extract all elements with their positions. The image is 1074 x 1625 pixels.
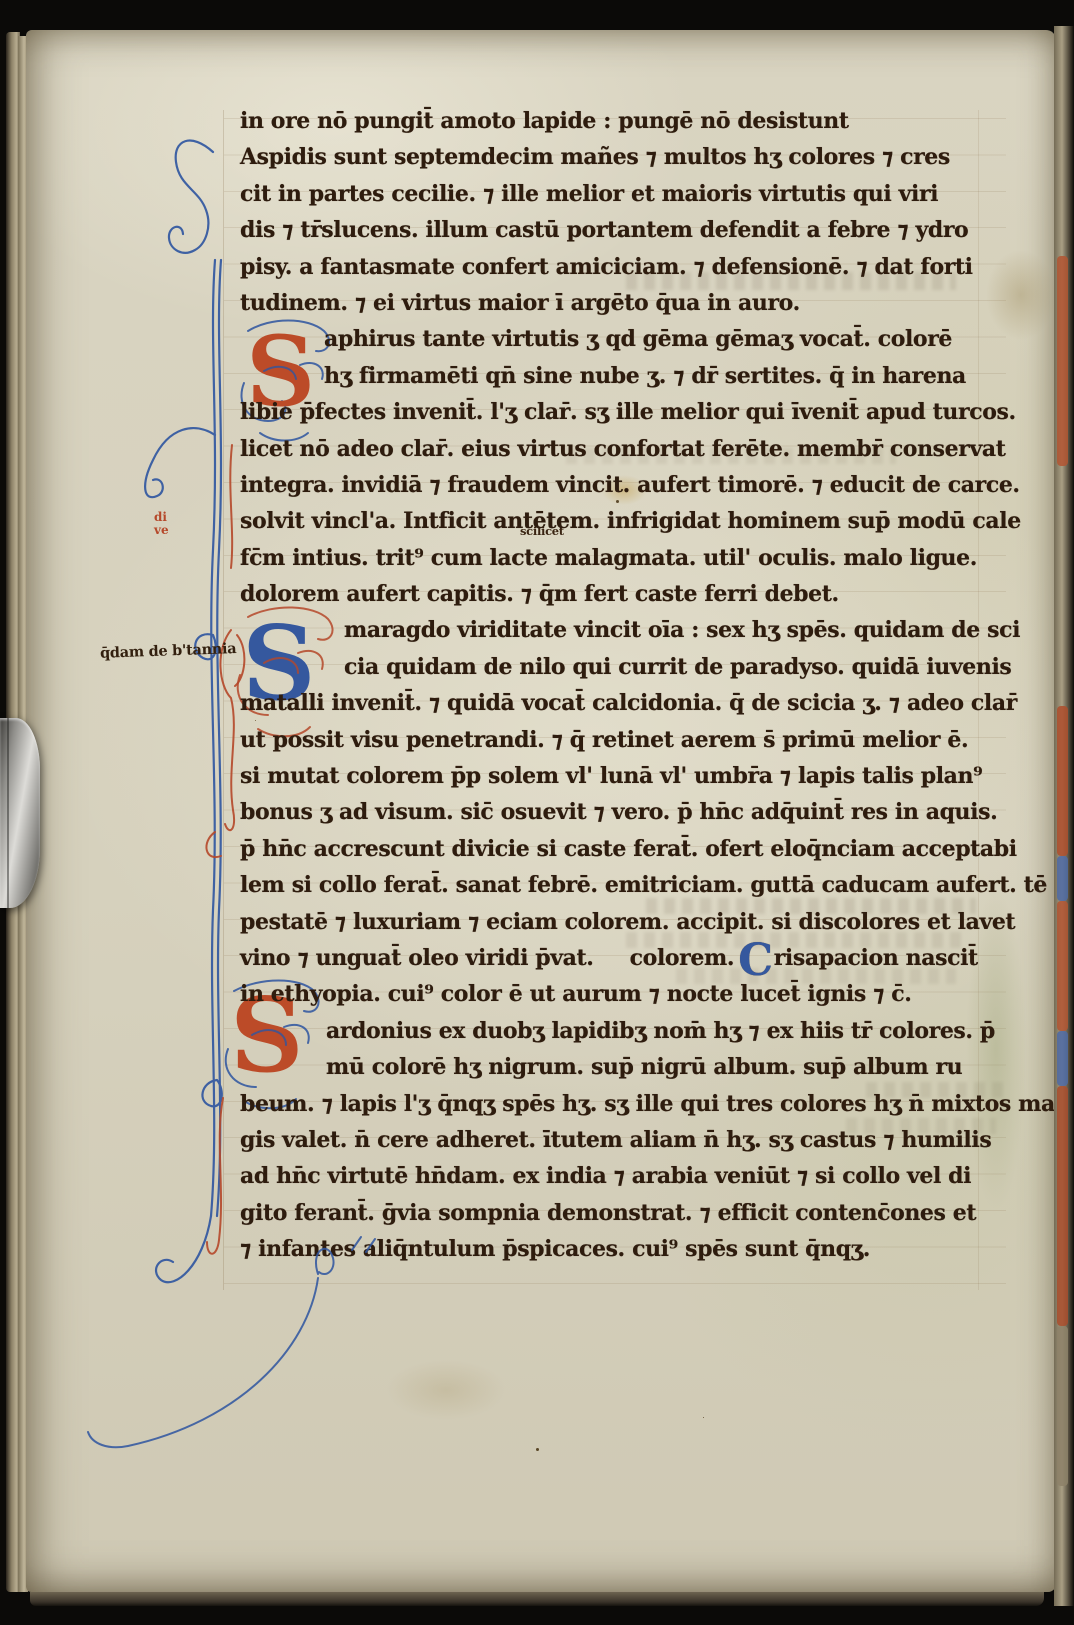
text-line: fc̄m intius. trit⁹ cum lacte malagmata. …	[240, 540, 1000, 576]
bottom-page-edge	[30, 1592, 1044, 1606]
text-segment: risapacion nascit̄	[774, 945, 978, 971]
text-line: pestatē ⁊ luxuriam ⁊ eciam colorem. acc…	[240, 904, 1000, 940]
fore-edge-red	[1057, 256, 1068, 466]
fore-edge-blue	[1057, 856, 1068, 901]
text-line: Aspidis sunt septemdecim mañes ⁊ multos…	[240, 139, 1000, 175]
text-line: dolorem aufert capitis. ⁊ q̄m fert caste…	[240, 576, 1000, 612]
text-line: mū colorē hʒ nigrum. sup̄ nigrū album…	[240, 1049, 1000, 1085]
text-line: integra. invidiā ⁊ fraudem vincit. aufe…	[240, 467, 1000, 503]
text-line: in ethyopia. cui⁹ color ē ut aurum ⁊ no…	[240, 976, 1000, 1012]
penwork-flourish-left	[131, 130, 256, 1340]
fore-edge-parchment	[1057, 1326, 1068, 1486]
fore-edge-red	[1057, 901, 1068, 1031]
penwork-flourish-bottom	[66, 1230, 426, 1480]
text-line: in ore nō pungit̄ amoto lapide : pungē…	[240, 103, 1000, 139]
text-line: p̄ hn̄c accrescunt divicie si caste fera…	[240, 831, 1000, 867]
text-line: bonus ʒ ad visum. sic̄ osuevit ⁊ vero. p…	[240, 794, 1000, 830]
text-line: cia quidam de nilo qui currit de paradys…	[240, 649, 1000, 685]
metal-clamp	[0, 718, 40, 908]
fore-edge-red	[1057, 1086, 1068, 1326]
text-line: libie p̄fectes invenit̄. l'ʒ clar̄. sʒ i…	[240, 394, 1000, 430]
text-line: dis ⁊ tr̄slucens. illum castū portantem…	[240, 212, 1000, 248]
fore-edge-pages	[1054, 26, 1074, 1606]
text-line: ut possit visu penetrandi. ⁊ q̄ retinet …	[240, 722, 1000, 758]
text-line: aphirus tante virtutis ʒ qd gēma gēmaʒ…	[240, 321, 1000, 357]
text-line: hʒ firmamēti qn̄ sine nube ʒ. ⁊ dr̄ ser…	[240, 358, 1000, 394]
text-line-with-initial: vino ⁊ unguat̄ oleo viridi p̄vat. colore…	[240, 940, 1000, 976]
text-block: scilicet S	[240, 103, 1000, 1283]
text-line: maragdo viriditate vincit oīa : sex hʒ …	[240, 612, 1000, 648]
text-line: matalli invenit̄. ⁊ quidā vocat̄ calcid…	[240, 685, 1000, 721]
text-line: gito ferant̄. ḡvia sompnia demonstrat. …	[240, 1195, 1000, 1231]
text-line: licet nō adeo clar̄. eius virtus confor…	[240, 431, 1000, 467]
text-segment: vino ⁊ unguat̄ oleo viridi p̄vat. colore…	[240, 945, 734, 971]
text-line: si mutat colorem p̄p solem vl' lunā vl'…	[240, 758, 1000, 794]
text-line: cit in partes cecilie. ⁊ ille melior et …	[240, 176, 1000, 212]
guide-letters: di ve	[154, 511, 169, 537]
guide-letter-bottom: ve	[154, 524, 169, 537]
text-line: gis valet. n̄ cere adheret. ītutem alia…	[240, 1122, 1000, 1158]
fore-edge-red	[1057, 706, 1068, 856]
manuscript-photo: q̄dam de b'tannia di ve scilicet S	[0, 0, 1074, 1625]
parchment-page: q̄dam de b'tannia di ve scilicet S	[26, 30, 1056, 1592]
inline-initial-crisapacion: C	[738, 951, 773, 971]
text-line: solvit vincl'a. Intficit antētem. infri…	[240, 503, 1000, 539]
fore-edge-blue	[1057, 1031, 1068, 1086]
text-line: pisy. a fantasmate confert amiciciam. ⁊ …	[240, 249, 1000, 285]
text-line: lem si collo ferat̄. sanat febrē. emitr…	[240, 867, 1000, 903]
text-line: tudinem. ⁊ ei virtus maior ī argēto q̄…	[240, 285, 1000, 321]
text-line: beum. ⁊ lapis l'ʒ q̄nqʒ spēs hʒ. sʒ ill…	[240, 1086, 1000, 1122]
text-line: ad hn̄c virtutē hn̄dam. ex india ⁊ arab…	[240, 1158, 1000, 1194]
text-line: ardonius ex duobʒ lapidibʒ nom̄ hʒ ⁊ ex …	[240, 1013, 1000, 1049]
